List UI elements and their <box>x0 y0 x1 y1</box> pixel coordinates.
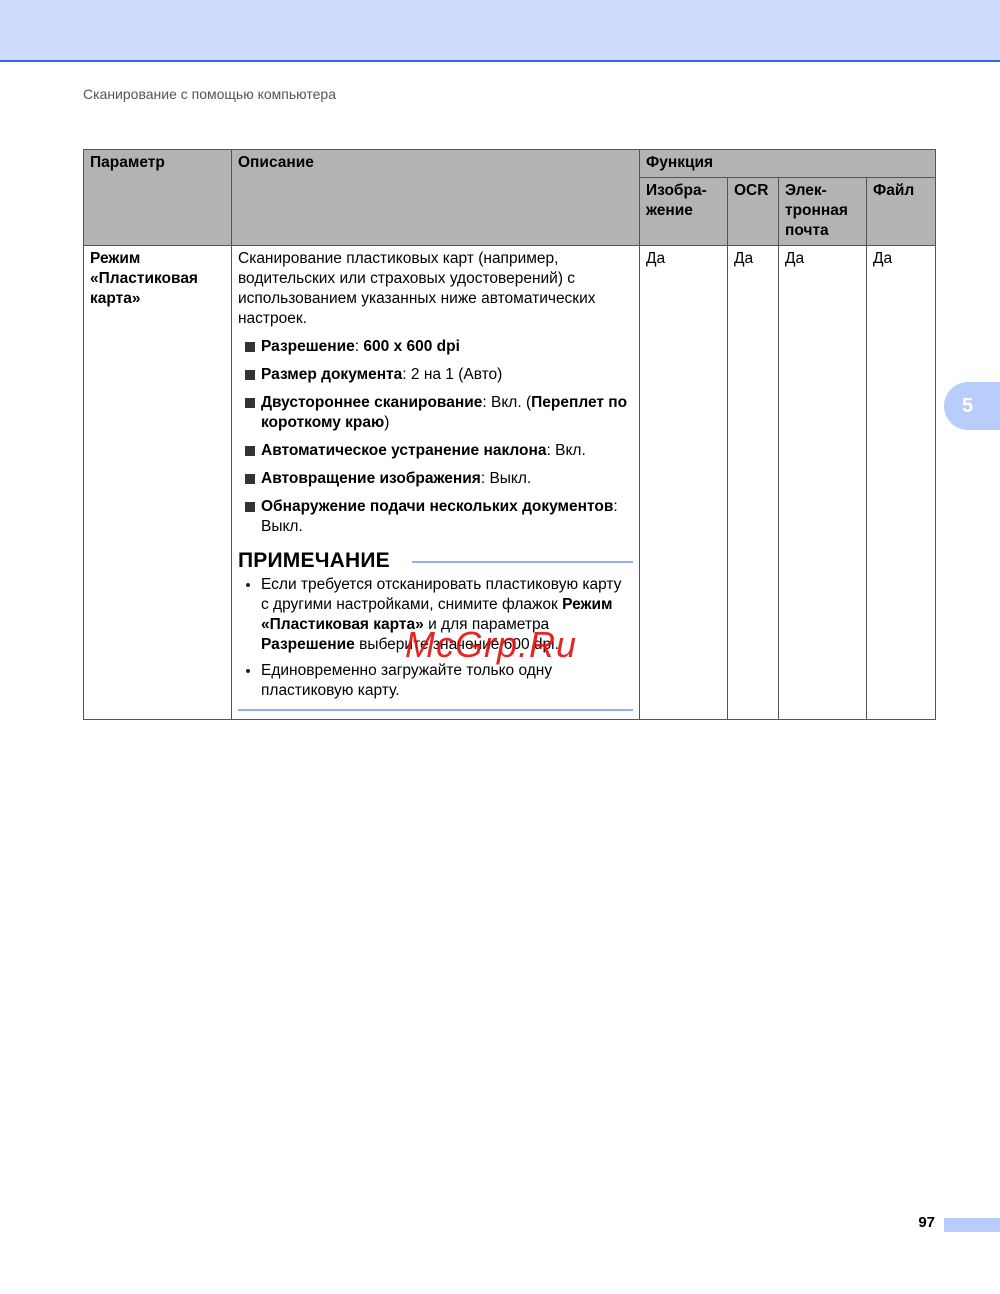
note-divider <box>412 561 633 563</box>
list-item: Единовременно загружайте только одну пла… <box>238 661 633 701</box>
value-file: Да <box>867 246 936 720</box>
running-title: Сканирование с помощью компьютера <box>83 86 336 102</box>
list-item: Автоматическое устранение наклона: Вкл. <box>238 441 633 461</box>
square-bullet-icon <box>245 398 255 408</box>
description-intro: Сканирование пластиковых карт (например,… <box>238 249 633 329</box>
col-header-description: Описание <box>232 150 640 246</box>
parameter-cell: Режим «Пластиковая карта» <box>84 246 232 720</box>
value-email: Да <box>779 246 867 720</box>
list-item: Разрешение: 600 x 600 dpi <box>238 337 633 357</box>
note-bottom-divider <box>238 709 633 711</box>
col-header-file: Файл <box>867 178 936 246</box>
page-number: 97 <box>900 1214 935 1231</box>
square-bullet-icon <box>245 342 255 352</box>
settings-list: Разрешение: 600 x 600 dpi Размер докумен… <box>238 337 633 537</box>
square-bullet-icon <box>245 370 255 380</box>
col-header-image: Изобра- жение <box>640 178 728 246</box>
top-band <box>0 0 1000 62</box>
bullet-icon <box>246 669 250 673</box>
list-item: Обнаружение подачи нескольких документов… <box>238 497 633 537</box>
list-item: Двустороннее сканирование: Вкл. (Перепле… <box>238 393 633 433</box>
col-header-parameter: Параметр <box>84 150 232 246</box>
list-item: Автовращение изображения: Выкл. <box>238 469 633 489</box>
chapter-tab[interactable]: 5 <box>944 382 1000 430</box>
bullet-icon <box>246 583 250 587</box>
value-image: Да <box>640 246 728 720</box>
list-item: Размер документа: 2 на 1 (Авто) <box>238 365 633 385</box>
note-header: ПРИМЕЧАНИЕ <box>238 551 633 571</box>
page-bar <box>944 1218 1000 1232</box>
col-header-email: Элек- тронная почта <box>779 178 867 246</box>
square-bullet-icon <box>245 474 255 484</box>
square-bullet-icon <box>245 446 255 456</box>
col-header-ocr: OCR <box>728 178 779 246</box>
value-ocr: Да <box>728 246 779 720</box>
header-row-1: Параметр Описание Функция <box>84 150 936 178</box>
square-bullet-icon <box>245 502 255 512</box>
col-header-function: Функция <box>640 150 936 178</box>
watermark: McGrp.Ru <box>405 624 577 666</box>
note-title: ПРИМЕЧАНИЕ <box>238 551 390 571</box>
